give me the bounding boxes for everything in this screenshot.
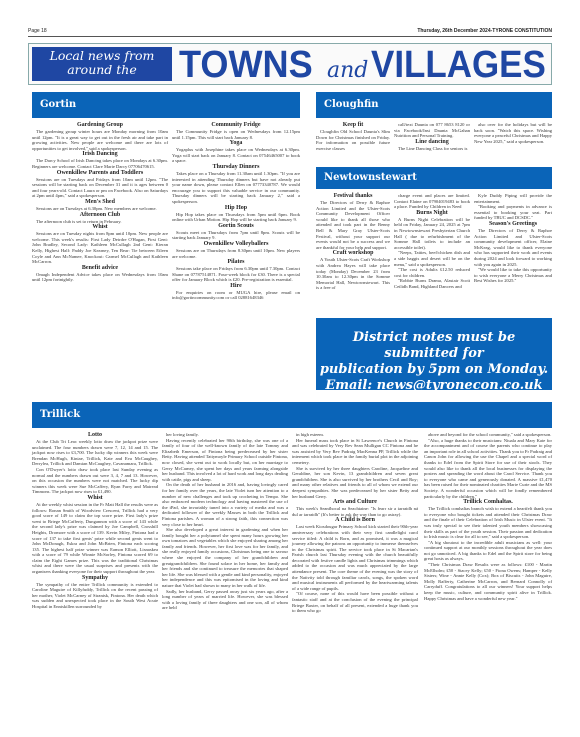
article-heading: Burns Night [394, 210, 470, 217]
article-heading: A Child is Born [292, 517, 418, 524]
trillick-column-4: above and beyond for the school communit… [424, 432, 552, 601]
article-text: Hip Hop takes place on Thursdays from 5p… [172, 212, 300, 223]
article-heading: Arts and Culture [292, 499, 418, 506]
masthead-and: and [327, 58, 368, 83]
article-text: "Booking and payments in advance is esse… [474, 204, 552, 221]
newtownstewart-column-2: charge event and places are limited. Con… [394, 193, 470, 290]
masthead-towns: TOWNS [179, 44, 313, 87]
article-heading: Benefit advice [32, 265, 168, 272]
article-heading: Thursday Dinners [172, 164, 300, 171]
trillick-column-1: LottoAt the Club Tri Leac weekly lotto d… [32, 432, 158, 610]
article-text: She also developed a great interest in g… [162, 527, 288, 589]
article-text: At the Club Tri Leac weekly lotto draw t… [32, 439, 158, 467]
article-text: Scouts meet on Thursdays from 7pm until … [172, 230, 300, 241]
article-text: "We would like to take this opportunity … [474, 267, 552, 284]
article-text: Omagh Independent Advice takes place on … [32, 272, 168, 283]
masthead: Local news from around the TOWNS and VIL… [28, 43, 552, 85]
gortin-column-1: Gardening GroupThe gardening group winte… [32, 122, 168, 283]
page-folio: Page 18 Thursday, 26th December 2024-TYR… [28, 28, 552, 37]
article-text: The Darcy School of Irish Dancing takes … [32, 158, 168, 169]
article-heading: Lotto [32, 432, 158, 439]
article-text: "The cost is Adults £12.50 reduced cost … [394, 267, 470, 278]
article-heading: Craft workshop [316, 250, 390, 257]
article-text: "Neeps, Tatties, beef/chicken dish and a… [394, 250, 470, 267]
article-text: The Line Dancing Class for seniors is [394, 146, 470, 152]
notice-line2: publication by 5pm on Monday. [316, 362, 552, 378]
article-text: Cloughfin Old School Daunta's Slim Down … [316, 129, 390, 151]
article-heading: Men's Shed [32, 199, 168, 206]
article-text: Sessions are on Tuesdays at 6.30pm. New … [32, 206, 168, 212]
article-text: Last week Kiosdougar Primary School kick… [292, 524, 418, 591]
article-text: On the death of her husband in 2016 and,… [162, 482, 288, 527]
article-heading: Whist [32, 495, 158, 502]
article-text: A Burns Night Celebration will be held o… [394, 217, 470, 251]
article-text: The Trillick comhaltas branch wish to ex… [424, 506, 552, 540]
newtownstewart-column-3: Kyle Duddy Piping will provide the enter… [474, 193, 552, 284]
article-text: This week's Seanfhocal na Seachtaine: "I… [292, 506, 418, 517]
cloughfin-column-3: also over for the holidays but will be b… [474, 122, 552, 144]
article-text: The sympathy of the entire Trillick comm… [32, 582, 158, 610]
section-header-newtownstewart: Newtownstewart [316, 167, 552, 189]
article-heading: Gortin Scouts [172, 223, 300, 230]
dateline: Thursday, 26th December 2024-TYRONE CONS… [417, 28, 552, 34]
article-text: Con O'Dwyer's lotto draw took place last… [32, 467, 158, 495]
article-text: Yogaplus with Josephine takes place on W… [172, 147, 300, 164]
article-heading: Hip Hop [172, 205, 300, 212]
article-heading: Yoga [172, 140, 300, 147]
article-heading: Afternoon Club [32, 212, 168, 219]
article-heading: Pilates [172, 259, 300, 266]
article-text: "Of course, none of this would have been… [292, 591, 418, 613]
article-heading: Line dancing [394, 139, 470, 146]
article-heading: Owenkillew Volleyballers [172, 241, 300, 248]
article-heading: Irish Dancing [32, 151, 168, 158]
article-text: Sessions are on Tuesdays and Fridays fro… [32, 177, 168, 199]
article-heading: Hire [172, 283, 300, 290]
article-text: "Robbie Burns Drama, Alastair Scott Ceil… [394, 278, 470, 289]
article-text: also over for the holidays but will be b… [474, 122, 552, 144]
article-text: Kyle Duddy Piping will provide the enter… [474, 193, 552, 204]
article-text: A Youth Ulster-Scots Craft Workshop with… [316, 257, 390, 291]
notice-line3: Email: news@tyronecon.co.uk [316, 378, 552, 394]
article-heading: Festival thanks [316, 193, 390, 200]
article-text: call/text Daunta on 077 8653 8120 or via… [394, 122, 470, 139]
article-text: "A big shoutout to the incredible adult … [424, 540, 552, 562]
section-header-trillick: Trillick [32, 402, 552, 428]
article-heading: Keep fit [316, 122, 390, 129]
article-heading: Whist [32, 224, 168, 231]
article-heading: Trillick Comhaltas. [424, 499, 552, 506]
notice-line1: District notes must be submitted for [316, 330, 552, 362]
tagline-line1: Local news from [32, 49, 172, 63]
article-heading: Owenkillew Parents and Toddlers [32, 170, 168, 177]
section-header-cloughfin: Cloughfin [316, 92, 552, 118]
article-text: The gardening group winter hours are Mon… [32, 129, 168, 151]
gortin-column-2: Community FridgeThe Community Fridge is … [172, 122, 300, 301]
article-heading: Sympathy [32, 575, 158, 582]
article-text: Sessions are on Tuesday nights from 8pm … [32, 231, 168, 265]
article-text: The Community Fridge is open on Wednesda… [172, 129, 300, 140]
page-number: Page 18 [28, 28, 47, 34]
article-text: She is survived by her three daughters C… [292, 466, 418, 500]
trillick-column-2: her loving family.Having recently celebr… [162, 432, 288, 611]
article-text: "Also, a huge thanks to their musicians:… [424, 438, 552, 500]
cloughfin-column-2: call/text Daunta on 077 8653 8120 or via… [394, 122, 470, 151]
article-text: Sessions take place on Fridays from 6.30… [172, 266, 300, 283]
article-text: The Directors of Derry & Raphoe Action L… [474, 228, 552, 267]
trillick-column-3: in high esteem.Her funeral mass took pla… [292, 432, 418, 614]
newtownstewart-column-1: Festival thanksThe Directors of Derry & … [316, 193, 390, 291]
masthead-tagline: Local news from around the [32, 47, 172, 81]
article-heading: Season's Greetings [474, 221, 552, 228]
article-text: At the weekly whist session in the Fr Ma… [32, 502, 158, 575]
article-text: Having recently celebrated her 90th birt… [162, 438, 288, 483]
masthead-villages: VILLAGES [371, 44, 546, 87]
tagline-line2: around the [32, 63, 172, 77]
cloughfin-column-1: Keep fitCloughfin Old School Daunta's Sl… [316, 122, 390, 151]
article-text: The Directors of Derry & Raphoe Action L… [316, 200, 390, 250]
article-text: Sadly, her husband, Gerry passed away ju… [162, 589, 288, 611]
article-text: charge event and places are limited. Con… [394, 193, 470, 210]
article-text: Her funeral mass took place in St Lawren… [292, 438, 418, 466]
article-heading: Gardening Group [32, 122, 168, 129]
article-heading: Community Fridge [172, 122, 300, 129]
article-text: Takes place on a Thursday from 11.30am u… [172, 171, 300, 205]
submission-notice: District notes must be submitted for pub… [316, 318, 552, 390]
article-text: above and beyond for the school communit… [424, 432, 552, 438]
section-header-gortin: Gortin [32, 92, 300, 118]
article-text: "Their Christmas Draw Results were as fo… [424, 562, 552, 601]
article-text: For enquiries on room or MUGA hire, plea… [172, 290, 300, 301]
article-text: Sessions are on Thursdays from 8.30pm un… [172, 248, 300, 259]
